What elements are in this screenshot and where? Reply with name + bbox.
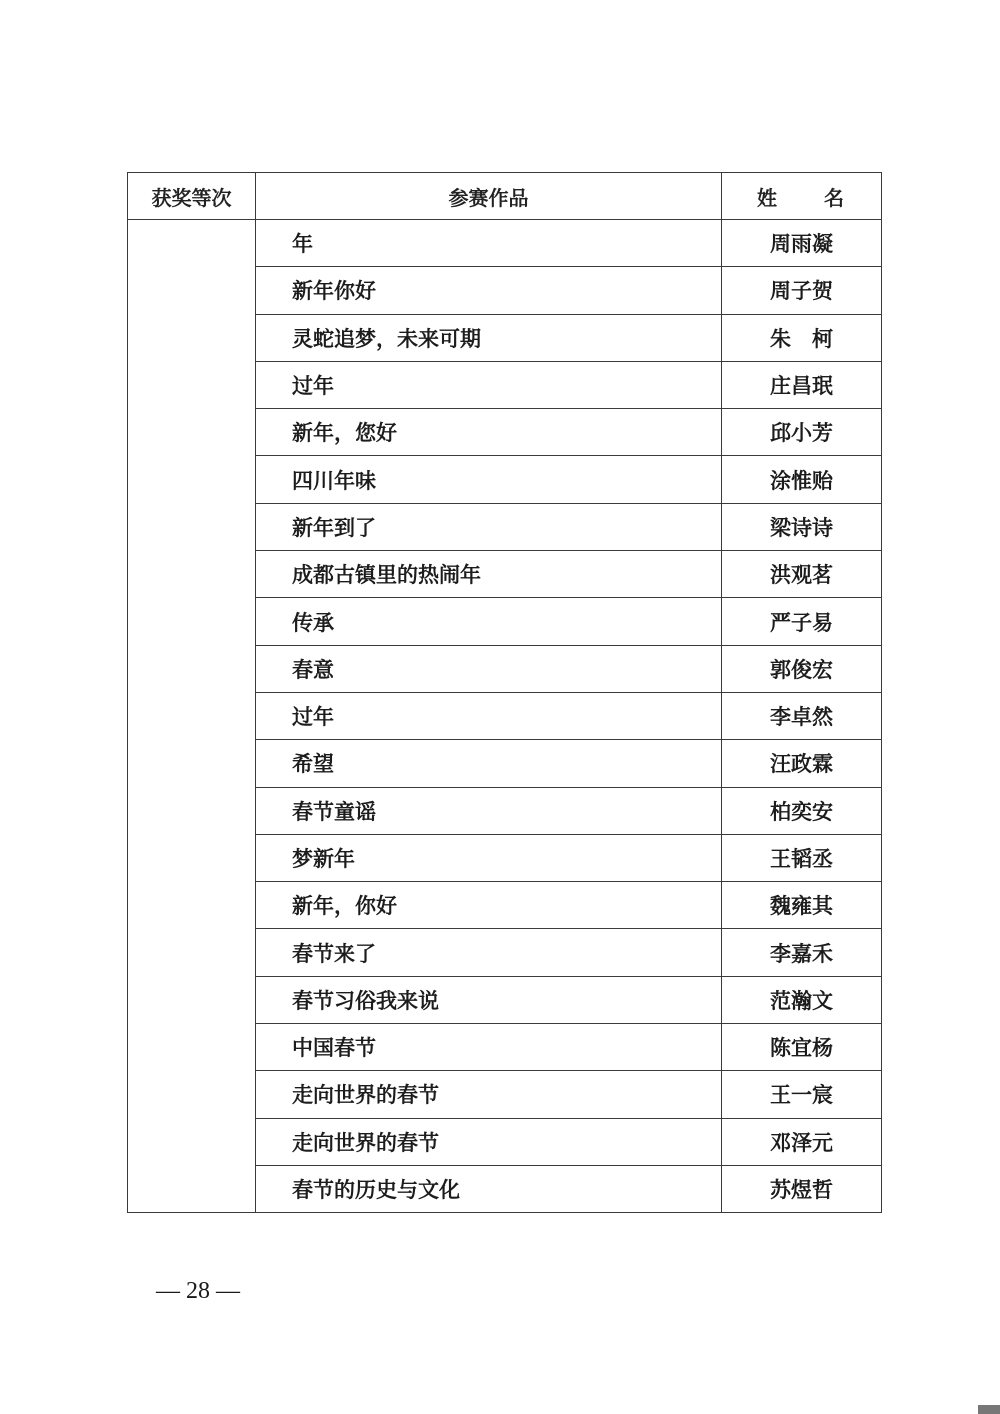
- author-name-cell: 李卓然: [722, 692, 882, 739]
- work-title-cell: 梦新年: [256, 834, 722, 881]
- rank-cell: [128, 220, 256, 1213]
- work-title-cell: 成都古镇里的热闹年: [256, 551, 722, 598]
- table-header-row: 获奖等次 参赛作品 姓 名: [128, 173, 882, 220]
- header-work: 参赛作品: [256, 173, 722, 220]
- author-name-cell: 魏雍其: [722, 882, 882, 929]
- work-title-cell: 走向世界的春节: [256, 1118, 722, 1165]
- author-name-cell: 朱 柯: [722, 314, 882, 361]
- work-title-cell: 新年，你好: [256, 882, 722, 929]
- author-name-cell: 严子易: [722, 598, 882, 645]
- work-title-cell: 希望: [256, 740, 722, 787]
- work-title-cell: 年: [256, 220, 722, 267]
- author-name-cell: 周子贺: [722, 267, 882, 314]
- author-name-cell: 邓泽元: [722, 1118, 882, 1165]
- author-name-cell: 汪政霖: [722, 740, 882, 787]
- work-title-cell: 春节习俗我来说: [256, 976, 722, 1023]
- work-title-cell: 春意: [256, 645, 722, 692]
- work-title-cell: 春节的历史与文化: [256, 1165, 722, 1212]
- work-title-cell: 中国春节: [256, 1024, 722, 1071]
- work-title-cell: 春节来了: [256, 929, 722, 976]
- work-title-cell: 春节童谣: [256, 787, 722, 834]
- author-name-cell: 郭俊宏: [722, 645, 882, 692]
- author-name-cell: 涂惟贻: [722, 456, 882, 503]
- author-name-cell: 范瀚文: [722, 976, 882, 1023]
- author-name-cell: 邱小芳: [722, 409, 882, 456]
- award-table: 获奖等次 参赛作品 姓 名 年周雨凝新年你好周子贺灵蛇追梦，未来可期朱 柯过年庄…: [127, 172, 882, 1213]
- work-title-cell: 过年: [256, 692, 722, 739]
- author-name-cell: 李嘉禾: [722, 929, 882, 976]
- header-name: 姓 名: [722, 173, 882, 220]
- author-name-cell: 苏煜哲: [722, 1165, 882, 1212]
- header-rank: 获奖等次: [128, 173, 256, 220]
- author-name-cell: 梁诗诗: [722, 503, 882, 550]
- work-title-cell: 新年到了: [256, 503, 722, 550]
- scan-corner-mark: [978, 1405, 1000, 1414]
- author-name-cell: 柏奕安: [722, 787, 882, 834]
- author-name-cell: 洪观茗: [722, 551, 882, 598]
- table-row: 年周雨凝: [128, 220, 882, 267]
- work-title-cell: 灵蛇追梦，未来可期: [256, 314, 722, 361]
- work-title-cell: 新年你好: [256, 267, 722, 314]
- author-name-cell: 王韬丞: [722, 834, 882, 881]
- author-name-cell: 周雨凝: [722, 220, 882, 267]
- work-title-cell: 走向世界的春节: [256, 1071, 722, 1118]
- work-title-cell: 传承: [256, 598, 722, 645]
- author-name-cell: 庄昌珉: [722, 361, 882, 408]
- work-title-cell: 新年，您好: [256, 409, 722, 456]
- author-name-cell: 王一宸: [722, 1071, 882, 1118]
- table-body: 年周雨凝新年你好周子贺灵蛇追梦，未来可期朱 柯过年庄昌珉新年，您好邱小芳四川年味…: [128, 220, 882, 1213]
- author-name-cell: 陈宜杨: [722, 1024, 882, 1071]
- page-number: — 28 —: [156, 1278, 240, 1305]
- work-title-cell: 过年: [256, 361, 722, 408]
- work-title-cell: 四川年味: [256, 456, 722, 503]
